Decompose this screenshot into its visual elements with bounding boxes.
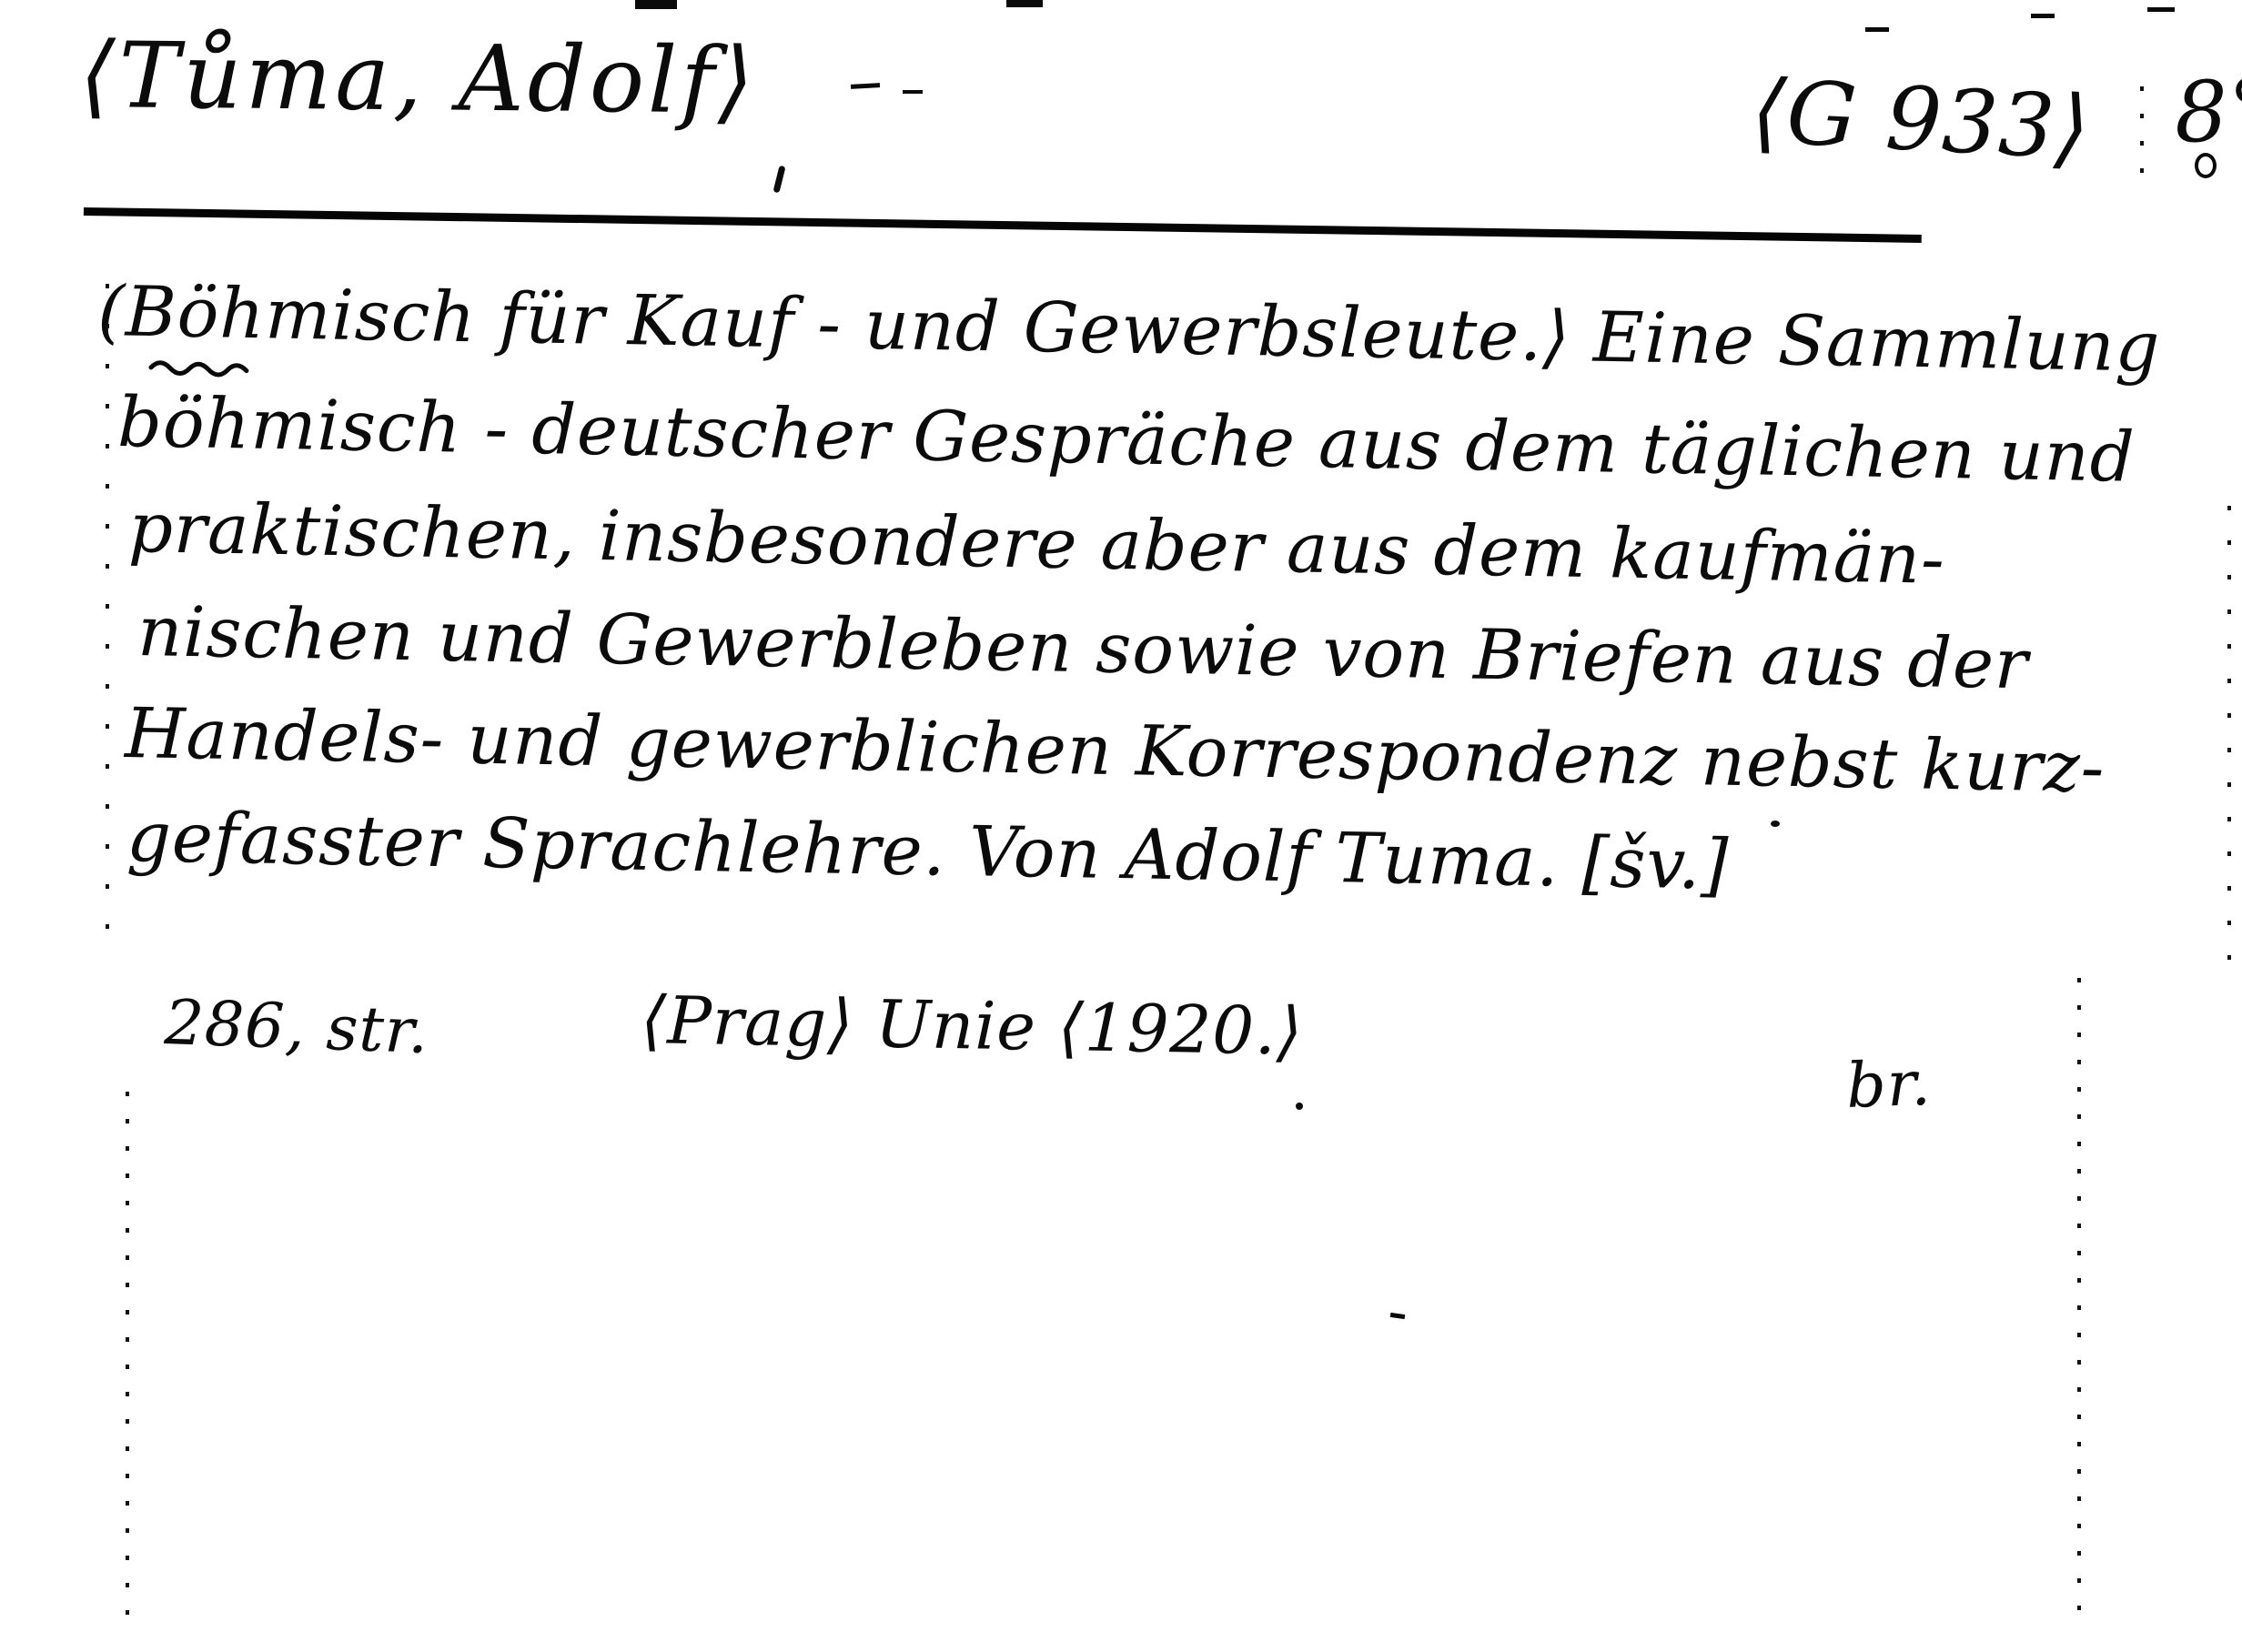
imprint-line: ⟨Prag⟩ Unie ⟨1920.⟩	[641, 984, 1304, 1068]
stray-ink-mark	[903, 90, 923, 94]
catalog-body-line: (Böhmisch für Kauf - und Gewerbsleute.⟩ …	[97, 273, 2161, 385]
catalog-body-line: Handels- und gewerblichen Korrespondenz …	[125, 695, 2106, 806]
stray-ink-mark	[1390, 1313, 1406, 1319]
format-mark: 8°	[2173, 64, 2242, 159]
stray-ink-mark	[773, 166, 785, 194]
stray-ink-mark	[1771, 821, 1780, 827]
underline-squiggle	[148, 357, 264, 378]
left-margin-dotted-line	[126, 1092, 129, 1637]
catalog-body-line: nischen und Gewerbleben sowie von Briefe…	[137, 593, 2030, 702]
right-margin-dotted-line	[2077, 978, 2081, 1628]
stray-ink-mark	[1296, 1103, 1303, 1110]
binding-note: br.	[1845, 1051, 1933, 1122]
stray-ink-mark	[851, 83, 880, 89]
right-margin-dotted-line	[2227, 506, 2231, 965]
format-separator-dotted-line	[2140, 86, 2144, 196]
stray-ink-mark	[2195, 153, 2217, 178]
stray-ink-mark	[2147, 7, 2175, 12]
collation-note: 286, str.	[163, 990, 429, 1067]
catalog-card: ⟨Tůma, Adolf⟩ ⟨G 933⟩ 8° (Böhmisch für K…	[0, 0, 2242, 1652]
stray-ink-mark	[635, 0, 677, 9]
left-margin-dotted-line	[106, 284, 109, 957]
catalog-body-line: böhmisch - deutscher Gespräche aus dem t…	[117, 384, 2136, 495]
stray-ink-mark	[1006, 0, 1043, 7]
author-heading: ⟨Tůma, Adolf⟩	[79, 25, 758, 131]
call-number: ⟨G 933⟩	[1749, 64, 2092, 177]
stray-ink-mark	[2031, 14, 2055, 18]
catalog-body-line: gefasster Sprachlehre. Von Adolf Tuma. […	[126, 799, 1730, 902]
stray-ink-mark	[1865, 27, 1889, 32]
header-rule	[84, 207, 1922, 243]
catalog-body-line: praktischen, insbesondere aber aus dem k…	[128, 489, 1946, 597]
